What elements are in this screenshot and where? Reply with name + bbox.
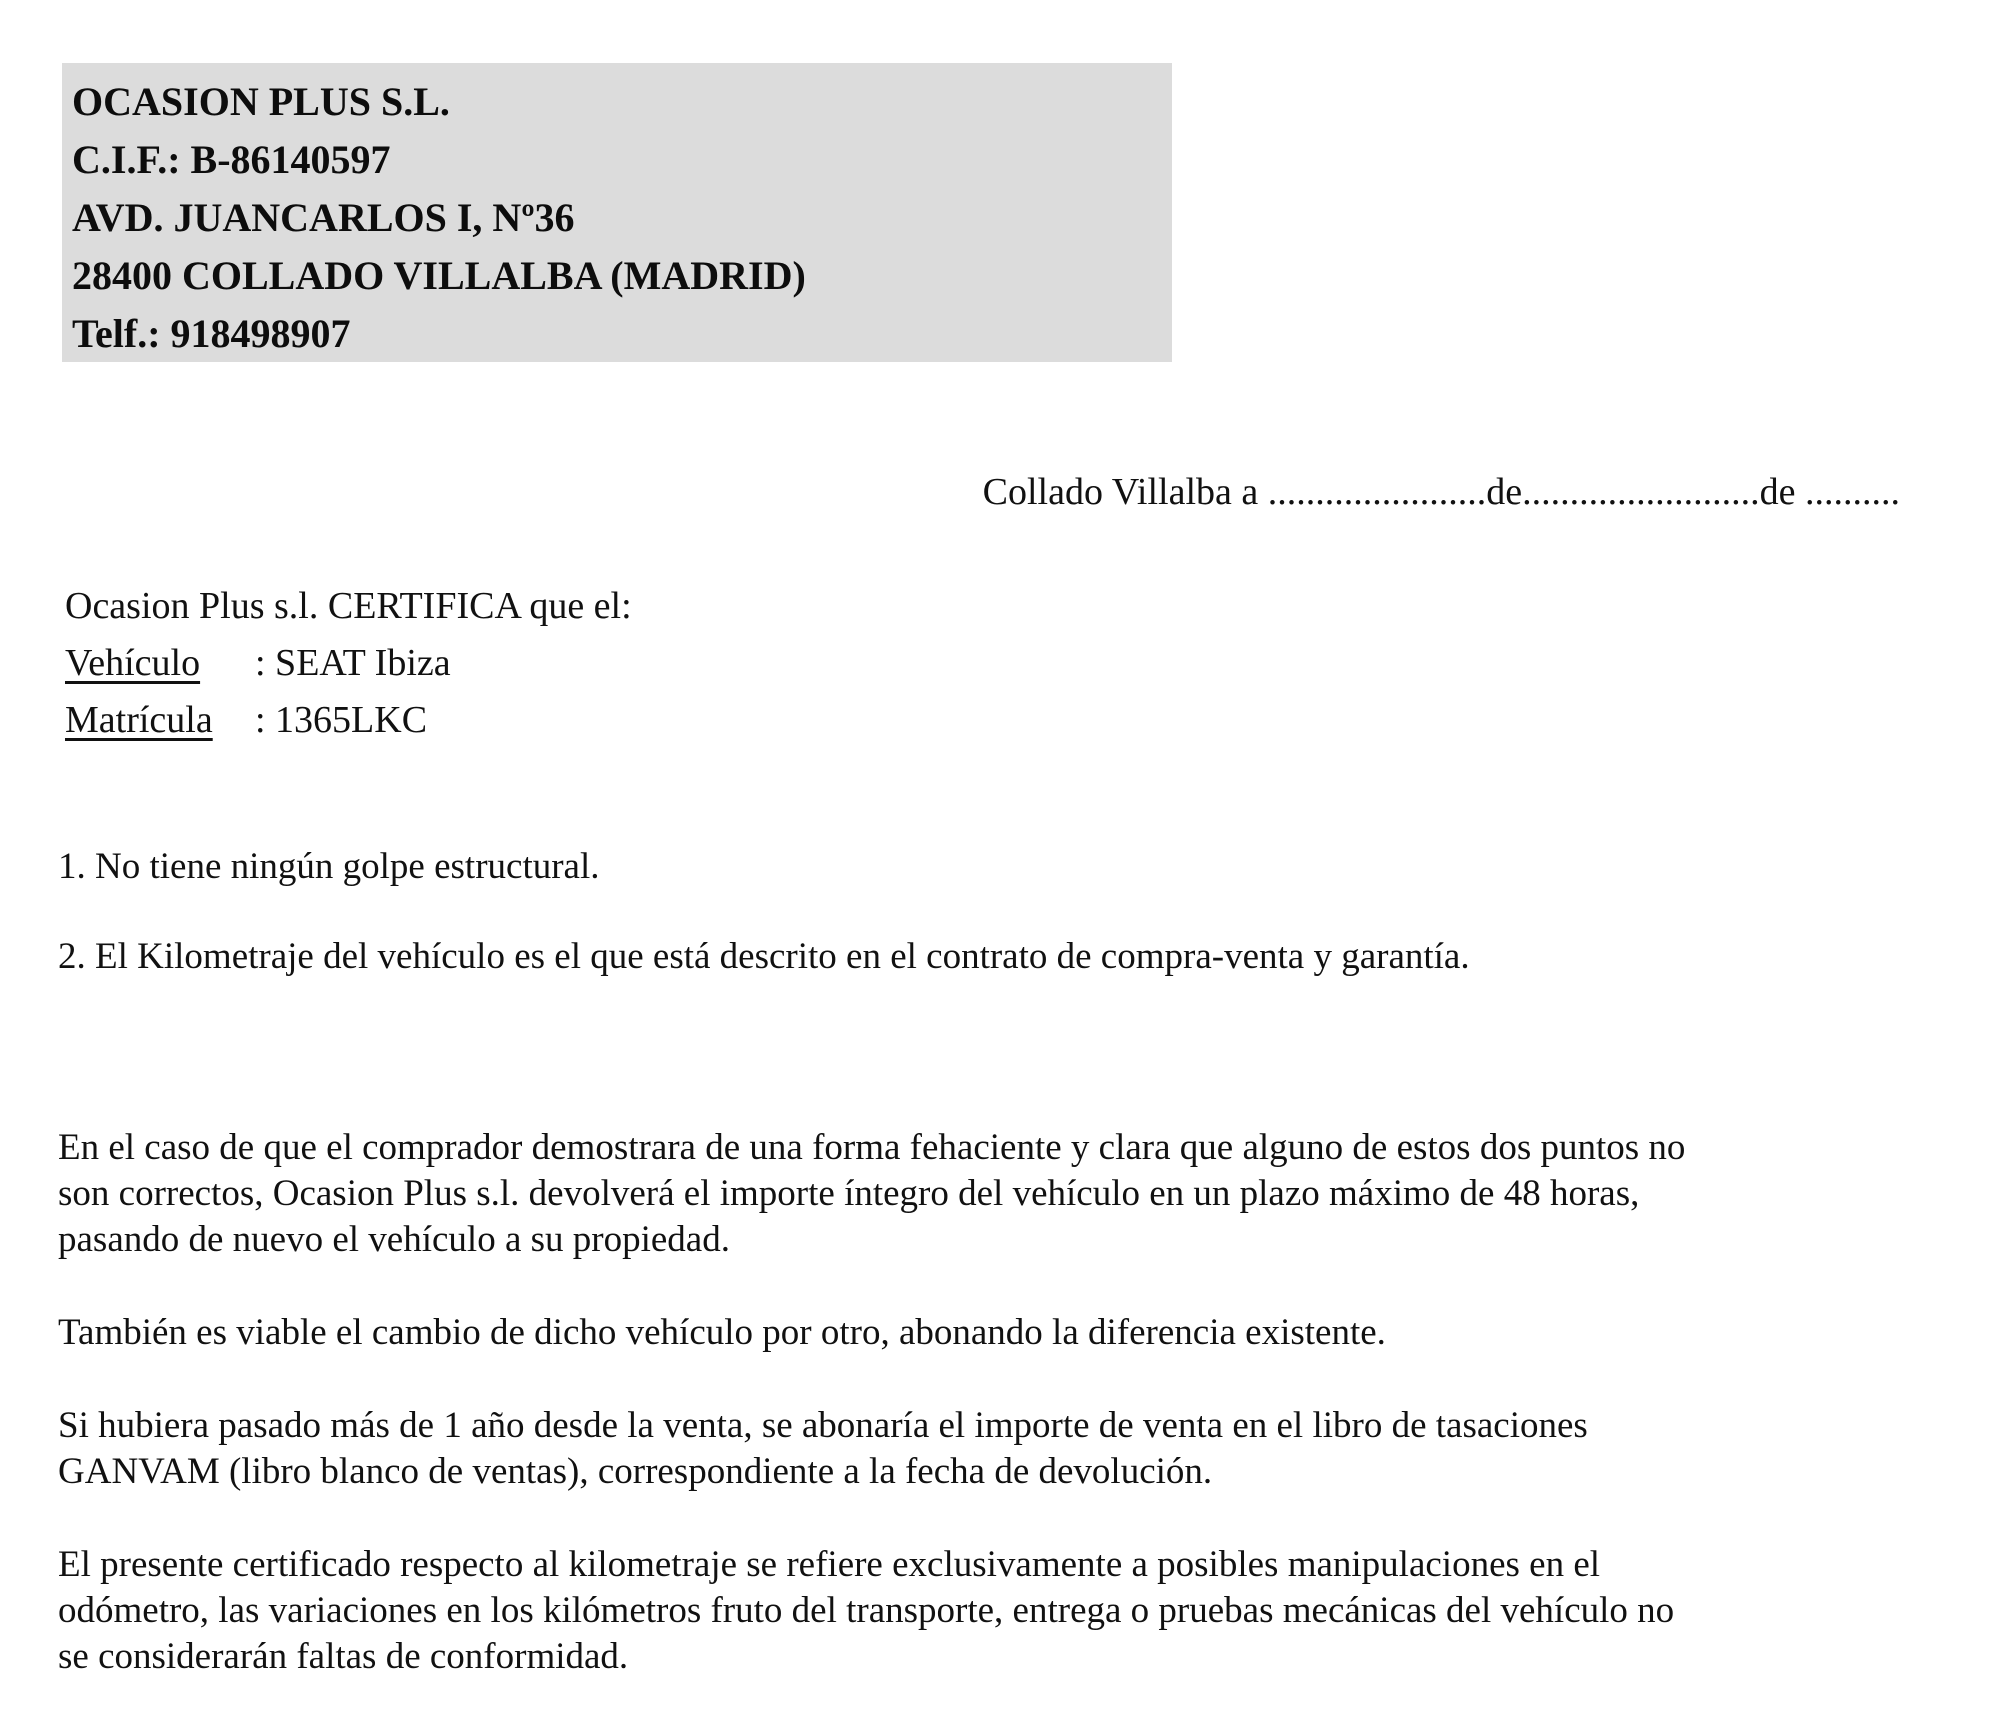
plate-value: : 1365LKC [255,692,427,749]
company-address: AVD. JUANCARLOS I, Nº36 [72,189,1172,247]
date-line: Collado Villalba a .....................… [983,470,1900,514]
company-city: 28400 COLLADO VILLALBA (MADRID) [72,247,1172,305]
certification-block: Ocasion Plus s.l. CERTIFICA que el: Vehí… [65,578,632,749]
point-2: 2. El Kilometraje del vehículo es el que… [58,935,1470,978]
paragraph-exchange: También es viable el cambio de dicho veh… [58,1310,1958,1356]
plate-row: Matrícula: 1365LKC [65,692,632,749]
paragraph-ganvam: Si hubiera pasado más de 1 año desde la … [58,1403,1958,1495]
paragraph-line: pasando de nuevo el vehículo a su propie… [58,1217,1958,1263]
company-cif: C.I.F.: B-86140597 [72,131,1172,189]
paragraph-line: GANVAM (libro blanco de ventas), corresp… [58,1449,1958,1495]
paragraph-line: se considerarán faltas de conformidad. [58,1634,1958,1680]
company-phone: Telf.: 918498907 [72,305,1172,363]
point-1: 1. No tiene ningún golpe estructural. [58,845,600,888]
vehicle-value: : SEAT Ibiza [255,635,451,692]
paragraph-line: son correctos, Ocasion Plus s.l. devolve… [58,1171,1958,1217]
vehicle-label: Vehículo [65,635,255,692]
plate-label: Matrícula [65,692,255,749]
paragraph-line: El presente certificado respecto al kilo… [58,1542,1958,1588]
company-header: OCASION PLUS S.L. C.I.F.: B-86140597 AVD… [62,63,1172,362]
certification-intro: Ocasion Plus s.l. CERTIFICA que el: [65,578,632,635]
paragraph-refund: En el caso de que el comprador demostrar… [58,1125,1958,1263]
paragraph-line: En el caso de que el comprador demostrar… [58,1125,1958,1171]
paragraph-odometer: El presente certificado respecto al kilo… [58,1542,1958,1680]
paragraph-line: También es viable el cambio de dicho veh… [58,1310,1958,1356]
company-name: OCASION PLUS S.L. [72,73,1172,131]
vehicle-row: Vehículo: SEAT Ibiza [65,635,632,692]
paragraph-line: Si hubiera pasado más de 1 año desde la … [58,1403,1958,1449]
paragraph-line: odómetro, las variaciones en los kilómet… [58,1588,1958,1634]
